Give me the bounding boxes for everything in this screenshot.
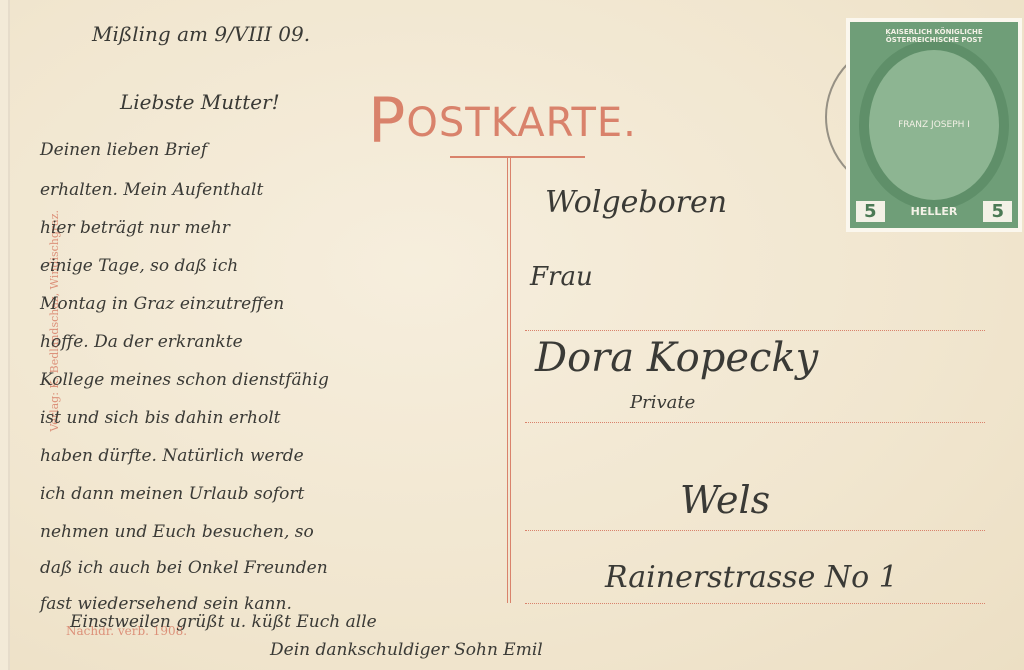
address-salutation: Wolgeboren (545, 185, 727, 220)
message-line: Deinen lieben Brief (40, 140, 207, 160)
message-line: Einstweilen grüßt u. küßt Euch alle (70, 612, 377, 632)
publisher-imprint: Verlag: K. Bedlandschaz, Windischgraz. (48, 210, 61, 432)
stamp-value-left: 5 (856, 201, 885, 222)
vertical-divider (507, 158, 511, 603)
message-line: haben dürfte. Natürlich werde (40, 446, 304, 466)
message-line: erhalten. Mein Aufenthalt (40, 180, 263, 200)
postkarte-heading-initial: P (368, 84, 406, 157)
message-line: Liebste Mutter! (120, 90, 280, 114)
message-line: hier beträgt nur mehr (40, 218, 230, 238)
stamp-portrait-caption: FRANZ JOSEPH I (898, 120, 970, 130)
stamp-value-bar: 5 HELLER 5 (856, 201, 1012, 222)
message-signature: Dein dankschuldiger Sohn Emil (270, 640, 543, 660)
address-dotted-line-2 (525, 422, 985, 423)
address-dotted-line-1 (525, 330, 985, 331)
message-line: einige Tage, so daß ich (40, 256, 238, 276)
address-dotted-line-4 (525, 603, 985, 604)
address-name: Dora Kopecky (535, 335, 818, 381)
message-line: ist und sich bis dahin erholt (40, 408, 280, 428)
postkarte-heading: POSTKARTE. (368, 78, 637, 151)
message-date-line: Mißling am 9/VIII 09. (92, 22, 310, 46)
stamp-inscription: KAISERLICH KÖNIGLICHE ÖSTERREICHISCHE PO… (850, 28, 1018, 44)
stamp-portrait-oval: FRANZ JOSEPH I (859, 40, 1009, 210)
message-line: daß ich auch bei Onkel Freunden (40, 558, 328, 578)
message-line: Kollege meines schon dienstfähig (40, 370, 329, 390)
stamp-face: KAISERLICH KÖNIGLICHE ÖSTERREICHISCHE PO… (850, 22, 1018, 228)
address-title: Frau (530, 262, 593, 292)
message-line: nehmen und Euch besuchen, so (40, 522, 314, 542)
postage-stamp: KAISERLICH KÖNIGLICHE ÖSTERREICHISCHE PO… (846, 18, 1022, 232)
message-line: ich dann meinen Urlaub sofort (40, 484, 304, 504)
address-occupation: Private (630, 392, 695, 413)
message-line: hoffe. Da der erkrankte (40, 332, 243, 352)
message-line: Montag in Graz einzutreffen (40, 294, 284, 314)
address-city: Wels (680, 478, 770, 522)
postkarte-heading-rest: OSTKARTE. (406, 100, 637, 146)
stamp-denomination: HELLER (911, 205, 958, 218)
address-street: Rainerstrasse No 1 (605, 560, 898, 595)
message-line: fast wiedersehend sein kann. (40, 594, 292, 614)
postcard: POSTKARTE. Verlag: K. Bedlandschaz, Wind… (8, 0, 1024, 670)
stamp-value-right: 5 (983, 201, 1012, 222)
address-dotted-line-3 (525, 530, 985, 531)
title-underline-divider (450, 156, 585, 158)
